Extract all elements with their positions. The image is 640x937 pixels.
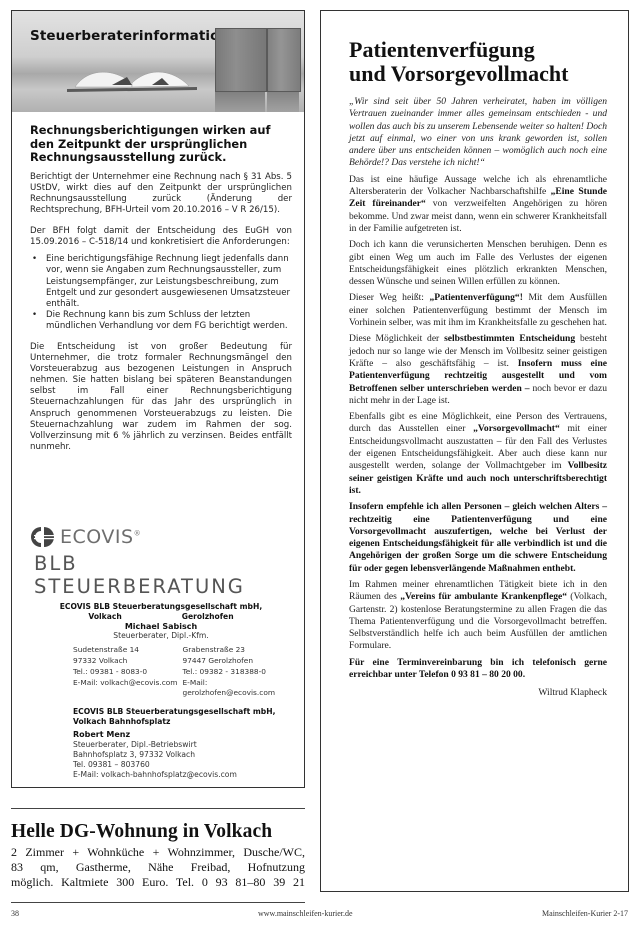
author-signature: Wiltrud Klapheck — [349, 687, 607, 698]
open-book-icon — [57, 63, 207, 93]
tax-advisor-info-box: Steuerberaterinformation Rechnungsberich… — [11, 10, 305, 788]
street: Sudetenstraße 14 — [73, 645, 183, 656]
article-title: Patientenverfügung und Vorsorgevollmacht — [349, 38, 607, 86]
article-paragraph: Diese Möglichkeit der selbstbestimmten E… — [349, 333, 607, 407]
email-link[interactable]: E-Mail: volkach@ecovis.com — [73, 678, 183, 689]
office-addresses: Sudetenstraße 14 97332 Volkach Tel.: 093… — [30, 645, 292, 699]
ad-line: 83 qm, Gastherme, Nähe Freibad, Hofnutzu… — [11, 860, 305, 875]
office-volkach: Sudetenstraße 14 97332 Volkach Tel.: 093… — [73, 645, 183, 699]
city: 97332 Volkach — [73, 656, 183, 667]
firm-locations: Volkach Gerolzhofen — [30, 612, 292, 622]
law-books-icon — [215, 28, 300, 112]
article-quote: „Wir sind seit über 50 Jahren verheirate… — [349, 96, 607, 170]
article-paragraph: Die Entscheidung ist von großer Bedeutun… — [30, 342, 292, 453]
firm-location: Volkach Bahnhofsplatz — [73, 717, 292, 727]
article-paragraph: Im Rahmen meiner ehrenamtlichen Tätigkei… — [349, 579, 607, 653]
location-gerolzhofen: Gerolzhofen — [182, 612, 234, 622]
contact-name: Robert Menz — [73, 730, 292, 740]
article-headline: Rechnungsberichtigungen wirken auf den Z… — [30, 124, 292, 165]
contact-title: Steuerberater, Dipl.-Kfm. — [30, 631, 292, 641]
ecovis-logo-icon — [30, 526, 56, 548]
location-volkach: Volkach — [88, 612, 121, 622]
firm-name: ECOVIS BLB Steuerberatungsgesellschaft m… — [73, 707, 292, 717]
issue-label: Mainschleifen-Kurier 2-17 — [542, 909, 628, 918]
contact-title: Steuerberater, Dipl.-Betriebswirt — [73, 740, 292, 750]
city: 97447 Gerolzhofen — [183, 656, 293, 667]
ecovis-advertisement: ECOVIS® BLB STEUERBERATUNG ECOVIS BLB St… — [30, 525, 292, 780]
banner-image: Steuerberaterinformation — [12, 11, 304, 112]
firm-name: ECOVIS BLB Steuerberatungsgesellschaft m… — [30, 602, 292, 612]
ecovis-logo: ECOVIS® — [30, 525, 292, 549]
article-paragraph: Das ist eine häufige Aussage welche ich … — [349, 174, 607, 235]
requirements-list: Eine berichtigungsfähige Rechnung liegt … — [30, 254, 292, 332]
office-bahnhofsplatz: ECOVIS BLB Steuerberatungsgesellschaft m… — [30, 707, 292, 780]
article-paragraph: Dieser Weg heißt: „Patientenverfügung“! … — [349, 292, 607, 329]
contact-paragraph: Für eine Terminvereinbarung bin ich tele… — [349, 657, 607, 682]
contact-name: Michael Sabisch — [30, 622, 292, 632]
banner-title: Steuerberaterinformation — [30, 28, 229, 44]
email-link[interactable]: E-Mail: gerolzhofen@ecovis.com — [183, 678, 293, 700]
article-paragraph: Berichtigt der Unternehmer eine Rechnung… — [30, 172, 292, 216]
website-link[interactable]: www.mainschleifen-kurier.de — [258, 909, 353, 918]
ad-line: möglich. Kaltmiete 300 Euro. Tel. 0 93 8… — [11, 875, 305, 890]
divider — [11, 808, 305, 809]
ecovis-subtitle: BLB STEUERBERATUNG — [34, 552, 292, 598]
office-gerolzhofen: Grabenstraße 23 97447 Gerolzhofen Tel.: … — [183, 645, 293, 699]
patient-decree-article-box: Patientenverfügung und Vorsorgevollmacht… — [320, 10, 629, 892]
phone: Tel.: 09382 - 318388-0 — [183, 667, 293, 678]
article-paragraph: Insofern empfehle ich allen Personen – g… — [349, 501, 607, 575]
address: Bahnhofsplatz 3, 97332 Volkach — [73, 750, 292, 760]
ad-line: 2 Zimmer + Wohnküche + Wohnzimmer, Dusch… — [11, 845, 305, 860]
phone: Tel.: 09381 - 8083-0 — [73, 667, 183, 678]
street: Grabenstraße 23 — [183, 645, 293, 656]
article-paragraph: Der BFH folgt damit der Entscheidung des… — [30, 226, 292, 248]
page-number: 38 — [11, 909, 19, 918]
firm-block: ECOVIS BLB Steuerberatungsgesellschaft m… — [30, 602, 292, 641]
article-paragraph: Ebenfalls gibt es eine Möglichkeit, eine… — [349, 411, 607, 497]
ad-title: Helle DG-Wohnung in Volkach — [11, 821, 305, 843]
email-link[interactable]: E-Mail: volkach-bahnhofsplatz@ecovis.com — [73, 770, 292, 780]
list-item: Die Rechnung kann bis zum Schluss der le… — [30, 310, 292, 332]
phone: Tel. 09381 – 803760 — [73, 760, 292, 770]
ecovis-wordmark: ECOVIS® — [60, 526, 141, 548]
apartment-ad: Helle DG-Wohnung in Volkach 2 Zimmer + W… — [11, 808, 305, 903]
divider — [11, 902, 305, 903]
article-paragraph: Doch ich kann die verunsicherten Mensche… — [349, 239, 607, 288]
list-item: Eine berichtigungsfähige Rechnung liegt … — [30, 254, 292, 309]
